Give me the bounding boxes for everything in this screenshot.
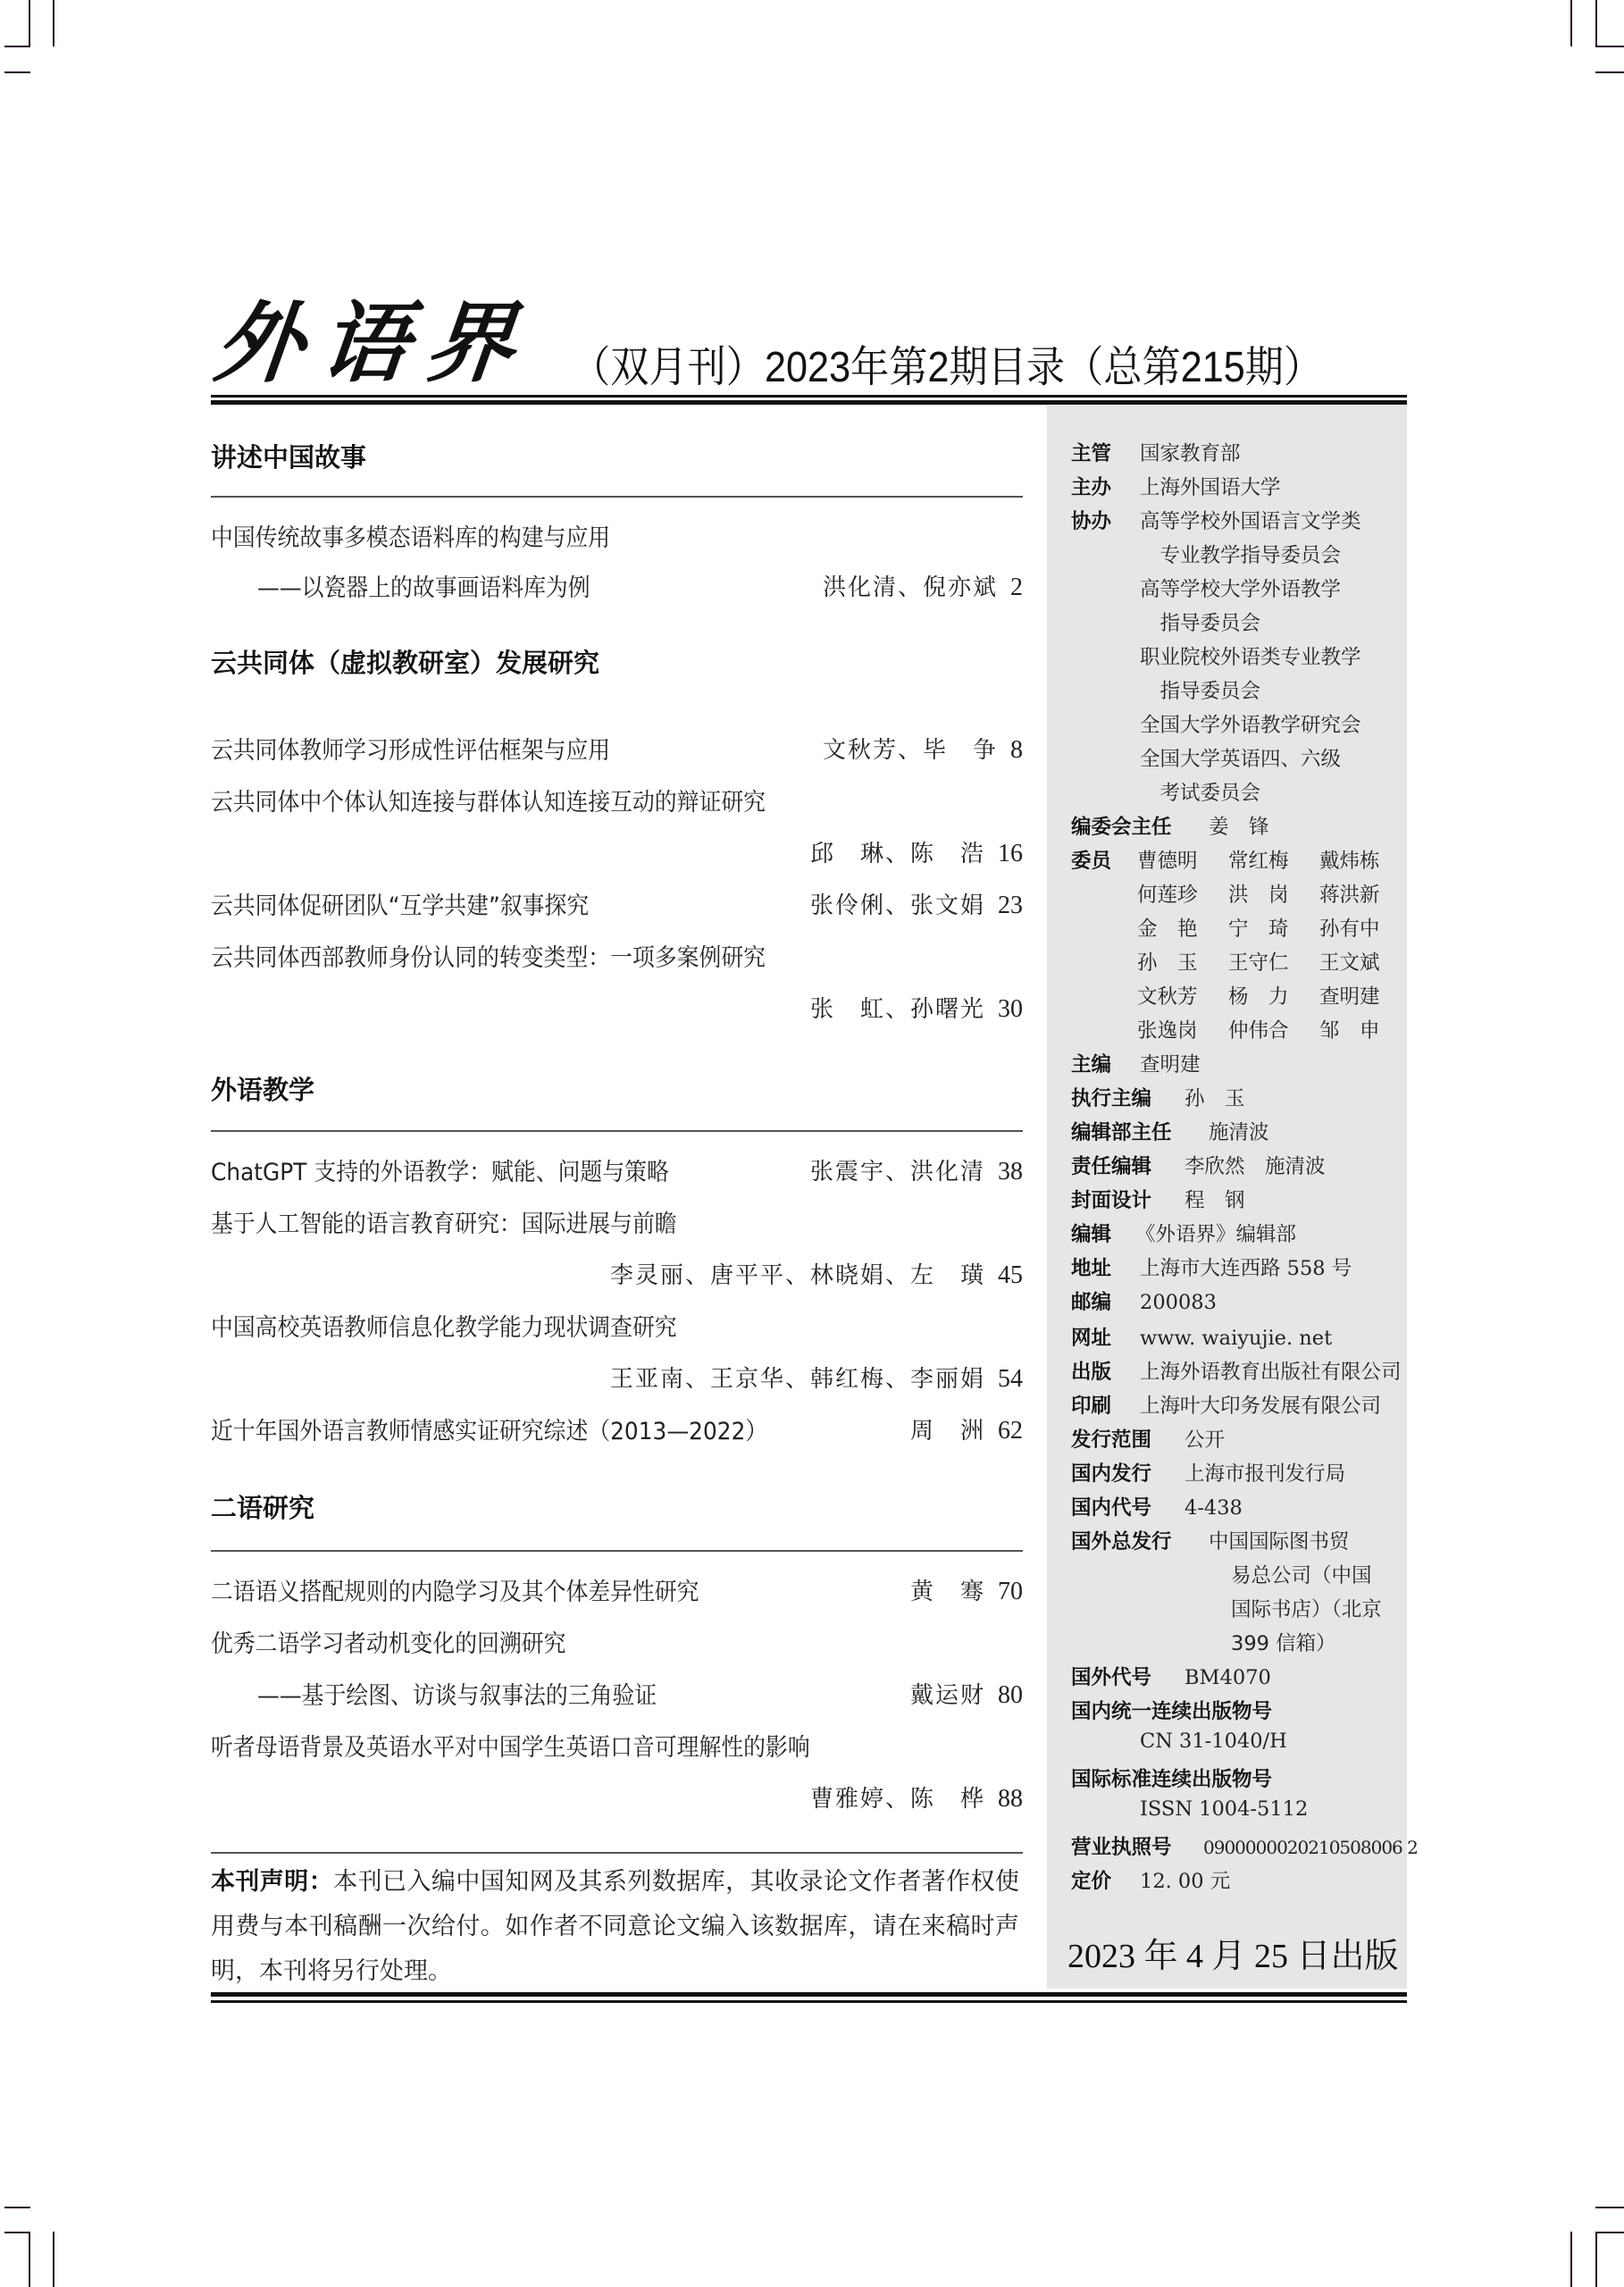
- article-title[interactable]: 中国传统故事多模态语料库的构建与应用: [211, 518, 610, 553]
- article-byline: 曹雅婷、陈 桦88: [810, 1780, 1023, 1814]
- overseas-distributor-line: 国际书店）（北京: [1231, 1594, 1382, 1622]
- article-authors: 邱 琳、陈 浩: [810, 841, 985, 867]
- info-board-members: 委员: [1071, 845, 1111, 874]
- crop-mark: [1595, 71, 1624, 73]
- section-title: 外语教学: [211, 1070, 314, 1107]
- article-title[interactable]: 云共同体教师学习形成性评估框架与应用: [211, 731, 610, 766]
- info-address: 地址上海市大连西路 558 号: [1071, 1252, 1352, 1281]
- article-title[interactable]: 云共同体西部教师身份认同的转变类型：一项多案例研究: [211, 938, 766, 973]
- co-sponsor-line: 考试委员会: [1140, 777, 1260, 806]
- article-byline: 洪化清、倪亦斌2: [823, 569, 1023, 602]
- page-number: 8: [1010, 736, 1023, 765]
- article-byline: 戴运财80: [910, 1677, 1023, 1710]
- article-authors: 黄 骞: [910, 1579, 985, 1605]
- section-title: 云共同体（虚拟教研室）发展研究: [211, 643, 599, 680]
- co-sponsor-line: 全国大学外语教学研究会: [1140, 709, 1361, 738]
- crop-mark: [4, 71, 30, 73]
- info-cover-design: 封面设计程 钢: [1071, 1185, 1245, 1213]
- website-link[interactable]: www. waiyujie. net: [1140, 1327, 1332, 1350]
- article-title[interactable]: 优秀二语学习者动机变化的回溯研究: [211, 1624, 565, 1659]
- article-title[interactable]: 云共同体促研团队“互学共建”叙事探究: [211, 886, 589, 921]
- notice-label: 本刊声明：: [211, 1868, 333, 1896]
- info-website: 网址www. waiyujie. net: [1071, 1322, 1332, 1351]
- section-title: 讲述中国故事: [211, 438, 366, 474]
- page-number: 30: [998, 995, 1023, 1024]
- article-byline: 张震宇、洪化清38: [810, 1153, 1023, 1186]
- article-title[interactable]: 听者母语背景及英语水平对中国学生英语口音可理解性的影响: [211, 1728, 810, 1763]
- crop-mark: [53, 2232, 54, 2287]
- crop-mark: [29, 2232, 30, 2287]
- info-publisher: 出版上海外语教育出版社有限公司: [1071, 1356, 1402, 1385]
- info-postcode: 邮编200083: [1071, 1286, 1217, 1315]
- crop-mark: [1595, 2232, 1597, 2287]
- article-byline: 张 虹、孙曙光30: [810, 991, 1023, 1024]
- crop-mark: [1595, 46, 1624, 47]
- overseas-distributor-line: 399 信箱）: [1231, 1628, 1336, 1656]
- article-authors: 周 洲: [910, 1418, 985, 1445]
- info-domestic-code: 国内代号4-438: [1071, 1492, 1243, 1520]
- article-authors: 张 虹、孙曙光: [810, 996, 985, 1023]
- footer-rule-thin: [211, 2000, 1407, 2003]
- co-sponsor-line: 高等学校大学外语教学: [1140, 574, 1341, 602]
- info-responsible-editors: 责任编辑李欣然 施清波: [1071, 1151, 1326, 1179]
- page-number: 2: [1010, 574, 1023, 602]
- article-title[interactable]: ChatGPT 支持的外语教学：赋能、问题与策略: [211, 1152, 669, 1187]
- info-price: 定价12. 00 元: [1071, 1865, 1230, 1894]
- crop-mark: [53, 0, 54, 46]
- article-title[interactable]: 中国高校英语教师信息化教学能力现状调查研究: [211, 1308, 677, 1343]
- info-chief-editor: 主编查明建: [1071, 1049, 1201, 1077]
- page-number: 70: [998, 1578, 1023, 1606]
- info-supervisor: 主管国家教育部: [1071, 438, 1241, 466]
- article-byline: 黄 骞70: [910, 1573, 1023, 1606]
- section-divider: [211, 1852, 1023, 1854]
- co-sponsor-line: 专业教学指导委员会: [1140, 540, 1341, 568]
- crop-mark: [4, 2207, 30, 2208]
- info-overseas-code: 国外代号BM4070: [1071, 1662, 1271, 1690]
- section-title: 二语研究: [211, 1488, 314, 1525]
- article-authors: 戴运财: [910, 1682, 985, 1709]
- publication-date: 2023 年 4 月 25 日出版: [1067, 1928, 1399, 1977]
- crop-mark: [1595, 0, 1597, 46]
- crop-mark: [1570, 2232, 1572, 2287]
- article-subtitle: ——以瓷器上的故事画语料库为例: [257, 568, 590, 603]
- article-byline: 李灵丽、唐平平、林晓娟、左 璜45: [610, 1257, 1023, 1290]
- article-title[interactable]: 近十年国外语言教师情感实证研究综述（2013—2022）: [211, 1412, 767, 1446]
- info-cn-serial-value: CN 31-1040/H: [1140, 1730, 1287, 1753]
- crop-mark: [1595, 2207, 1624, 2208]
- article-subtitle: ——基于绘图、访谈与叙事法的三角验证: [257, 1676, 657, 1711]
- issue-title: （双月刊）2023年第2期目录（总第215期）: [572, 332, 1322, 394]
- article-byline: 周 洲62: [910, 1412, 1023, 1445]
- section-divider: [211, 1550, 1023, 1552]
- info-board-director: 编委会主任姜 锋: [1071, 811, 1269, 840]
- co-sponsor-line: 职业院校外语类专业教学: [1140, 641, 1361, 670]
- page-number: 16: [998, 840, 1023, 868]
- page-number: 54: [998, 1365, 1023, 1394]
- page-number: 80: [998, 1681, 1023, 1710]
- page-number: 23: [998, 892, 1023, 920]
- journal-logo: 外语界: [210, 273, 540, 399]
- info-business-license: 营业执照号0900000020210508006 2: [1071, 1831, 1418, 1860]
- section-divider: [211, 1130, 1023, 1132]
- info-domestic-distribution: 国内发行上海市报刊发行局: [1071, 1458, 1345, 1487]
- article-authors: 曹雅婷、陈 桦: [810, 1786, 985, 1813]
- info-overseas-distributor: 国外总发行: [1071, 1526, 1172, 1554]
- page-number: 62: [998, 1417, 1023, 1445]
- article-byline: 文秋芳、毕 争8: [823, 732, 1023, 765]
- info-distribution-scope: 发行范围公开: [1071, 1424, 1225, 1453]
- info-issn-label: 国际标准连续出版物号: [1071, 1763, 1272, 1792]
- co-sponsor-line: 指导委员会: [1140, 675, 1260, 704]
- page-number: 38: [998, 1158, 1023, 1186]
- article-authors: 李灵丽、唐平平、林晓娟、左 璜: [610, 1262, 985, 1289]
- page-number: 45: [998, 1261, 1023, 1290]
- info-cn-serial-label: 国内统一连续出版物号: [1071, 1696, 1272, 1724]
- info-issn-value: ISSN 1004-5112: [1140, 1797, 1308, 1821]
- copyright-notice: 本刊声明：本刊已入编中国知网及其系列数据库，其收录论文作者著作权使用费与本刊稿酬…: [211, 1860, 1019, 1994]
- page-number: 88: [998, 1785, 1023, 1814]
- info-sponsor: 主办上海外国语大学: [1071, 472, 1281, 500]
- masthead: 外语界 （双月刊）2023年第2期目录（总第215期）: [211, 268, 1408, 393]
- crop-mark: [1570, 0, 1572, 46]
- overseas-distributor-line: 中国国际图书贸: [1209, 1526, 1350, 1554]
- info-editorial-office: 编辑《外语界》编辑部: [1071, 1219, 1296, 1247]
- info-executive-editor: 执行主编孙 玉: [1071, 1083, 1245, 1111]
- article-authors: 张震宇、洪化清: [810, 1159, 985, 1185]
- crop-mark: [1595, 2232, 1624, 2233]
- crop-mark: [4, 46, 30, 47]
- header-rule-thick: [211, 400, 1407, 405]
- article-byline: 王亚南、王京华、韩红梅、李丽娟54: [610, 1361, 1023, 1394]
- info-co-sponsors: 协办: [1071, 506, 1140, 534]
- article-authors: 洪化清、倪亦斌: [823, 574, 998, 601]
- header-rule-thin: [211, 395, 1407, 398]
- co-sponsor-line: 全国大学英语四、六级: [1140, 743, 1341, 772]
- article-title[interactable]: 二语语义搭配规则的内隐学习及其个体差异性研究: [211, 1572, 699, 1607]
- article-authors: 张伶俐、张文娟: [810, 892, 985, 919]
- crop-mark: [29, 0, 30, 46]
- co-sponsor-line: 高等学校外国语言文学类: [1140, 506, 1361, 534]
- footer-rule-thick: [211, 1992, 1407, 1997]
- article-title[interactable]: 云共同体中个体认知连接与群体认知连接互动的辩证研究: [211, 783, 766, 817]
- article-byline: 张伶俐、张文娟23: [810, 887, 1023, 920]
- crop-mark: [4, 2232, 30, 2233]
- article-authors: 王亚南、王京华、韩红梅、李丽娟: [610, 1366, 985, 1393]
- info-office-director: 编辑部主任施清波: [1071, 1117, 1269, 1145]
- info-printer: 印刷上海叶大印务发展有限公司: [1071, 1390, 1381, 1419]
- article-title[interactable]: 基于人工智能的语言教育研究：国际进展与前瞻: [211, 1204, 677, 1239]
- article-byline: 邱 琳、陈 浩16: [810, 835, 1023, 868]
- co-sponsor-line: 指导委员会: [1140, 607, 1260, 636]
- section-divider: [211, 496, 1023, 498]
- article-authors: 文秋芳、毕 争: [823, 737, 998, 764]
- overseas-distributor-line: 易总公司（中国: [1231, 1560, 1372, 1588]
